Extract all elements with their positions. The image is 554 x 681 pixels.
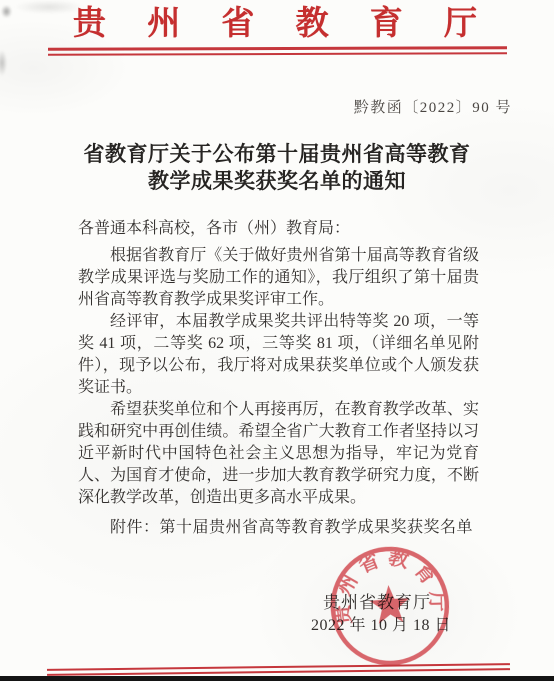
paragraph-results: 经评审，本届教学成果奖共评出特等奖 20 项，一等奖 41 项，二等奖 62 项… (78, 311, 479, 399)
scan-bottom-edge (0, 676, 554, 681)
document-title-line1: 省教育厅关于公布第十届贵州省高等教育 (0, 141, 554, 168)
document-number: 黔教函〔2022〕90 号 (354, 96, 512, 117)
document-title: 省教育厅关于公布第十届贵州省高等教育 教学成果奖获奖名单的通知 (0, 141, 554, 195)
letterhead-agency-name: 贵州省教育厅 (73, 4, 477, 44)
body-paragraphs: 根据省教育厅《关于做好贵州省第十届高等教育省级教学成果评选与奖励工作的通知》，我… (78, 245, 479, 509)
document-title-line2: 教学成果奖获奖名单的通知 (0, 168, 554, 195)
document-page: 贵州省教育厅 黔教函〔2022〕90 号 省教育厅关于公布第十届贵州省高等教育 … (0, 0, 554, 681)
paragraph-basis: 根据省教育厅《关于做好贵州省第十届高等教育省级教学成果评选与奖励工作的通知》，我… (78, 245, 479, 311)
salutation: 各普通本科高校，各市（州）教育局： (78, 218, 498, 240)
star-icon (368, 584, 411, 625)
scan-artifact (0, 50, 7, 76)
footer-double-rule (47, 663, 510, 676)
official-seal: 贵州省教育厅 (321, 541, 459, 676)
paragraph-expectations: 希望获奖单位和个人再接再厉，在教育教学改革、实践和研究中再创佳绩。希望全省广大教… (78, 399, 479, 509)
attachment-line: 附件：第十届贵州省高等教育教学成果奖获奖名单 (110, 514, 473, 537)
letterhead-double-rule (48, 46, 507, 56)
scan-artifact (1, 5, 12, 18)
